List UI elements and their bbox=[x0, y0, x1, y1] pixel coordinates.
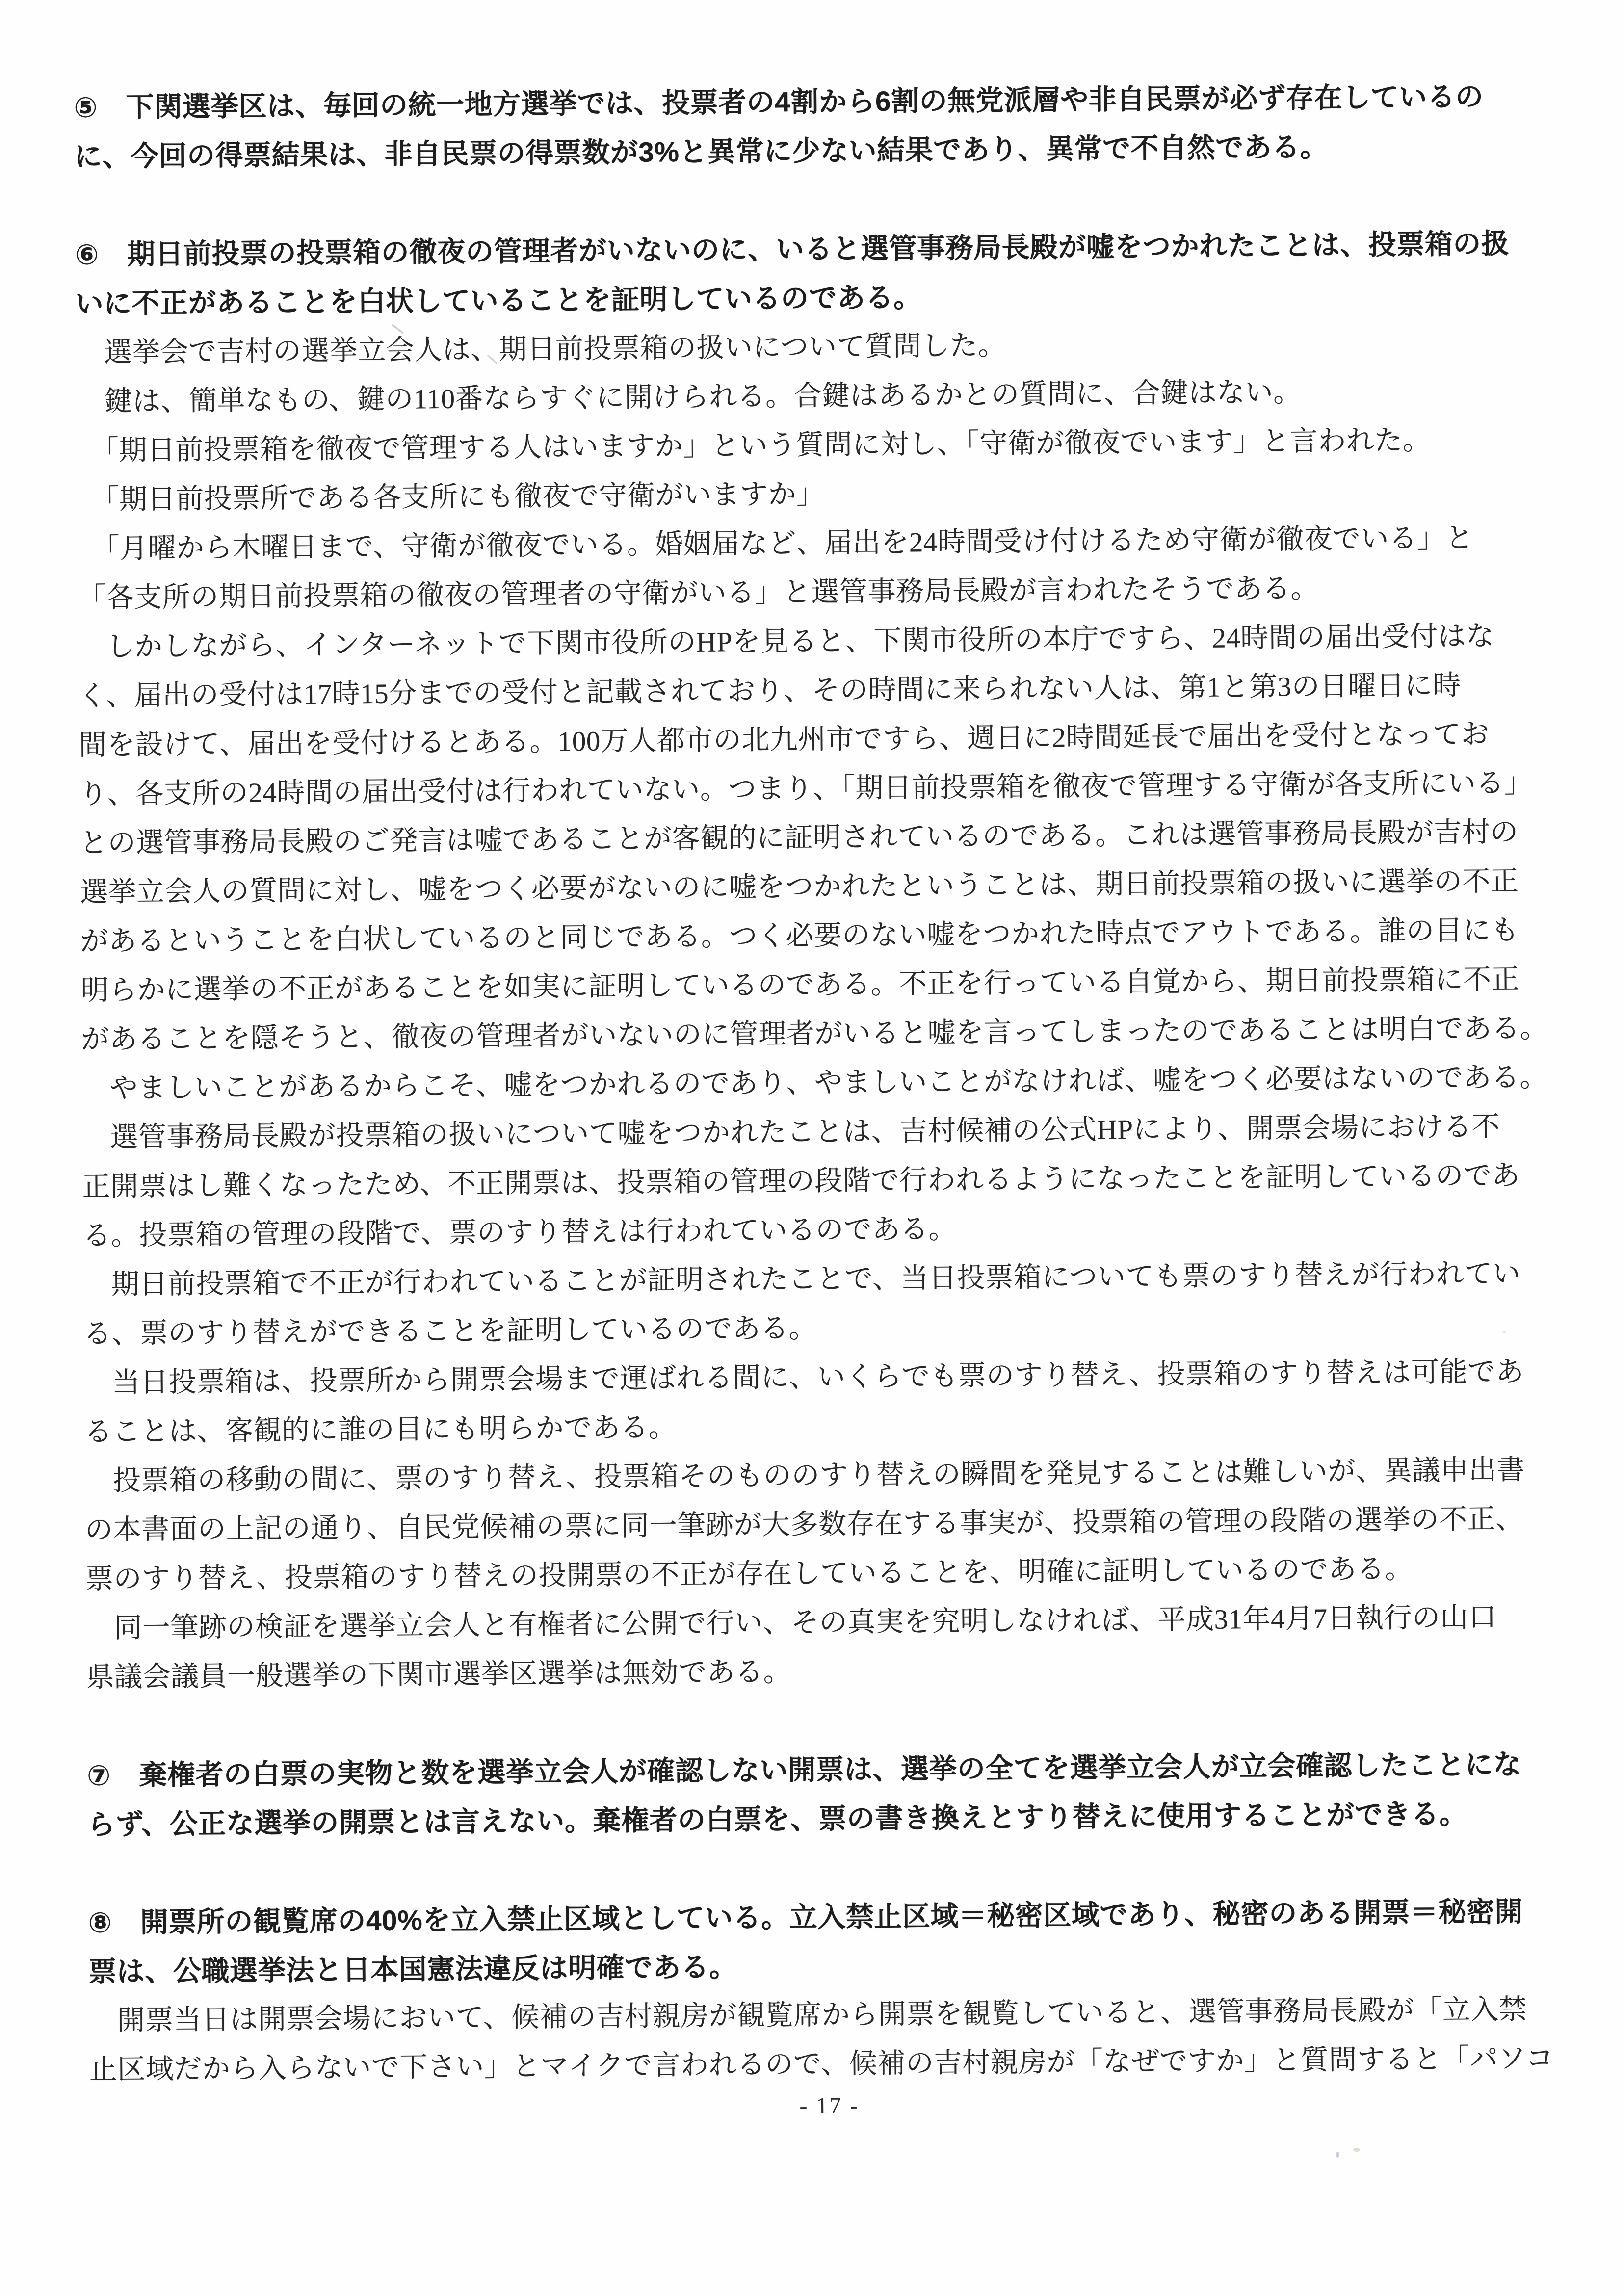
scan-artifact-speck bbox=[1353, 2148, 1360, 2152]
section-item-8: ⑧ 開票所の観覧席の40%を立入禁止区域としている。立入禁止区域＝秘密区域であり… bbox=[88, 1887, 1569, 2095]
scan-artifact-speck bbox=[1336, 2152, 1339, 2158]
document-body: ⑤ 下関選挙区は、毎回の統一地方選挙では、投票者の4割から6割の無党派層や非自民… bbox=[74, 72, 1570, 2129]
section-item-5: ⑤ 下関選挙区は、毎回の統一地方選挙では、投票者の4割から6割の無党派層や非自民… bbox=[74, 72, 1554, 182]
scanned-document-page: ⑤ 下関選挙区は、毎回の統一地方選挙では、投票者の4割から6割の無党派層や非自民… bbox=[0, 0, 1624, 2296]
section-item-6: ⑥ 期日前投票の投票箱の徹夜の管理者がいないのに、いると選管事務局長殿が嘘をつか… bbox=[75, 219, 1566, 1702]
section-item-7: ⑦ 棄権者の白票の実物と数を選挙立会人が確認しない開票は、選挙の全てを選挙立会人… bbox=[87, 1740, 1567, 1850]
document-sections: ⑤ 下関選挙区は、毎回の統一地方選挙では、投票者の4割から6割の無党派層や非自民… bbox=[74, 72, 1569, 2095]
